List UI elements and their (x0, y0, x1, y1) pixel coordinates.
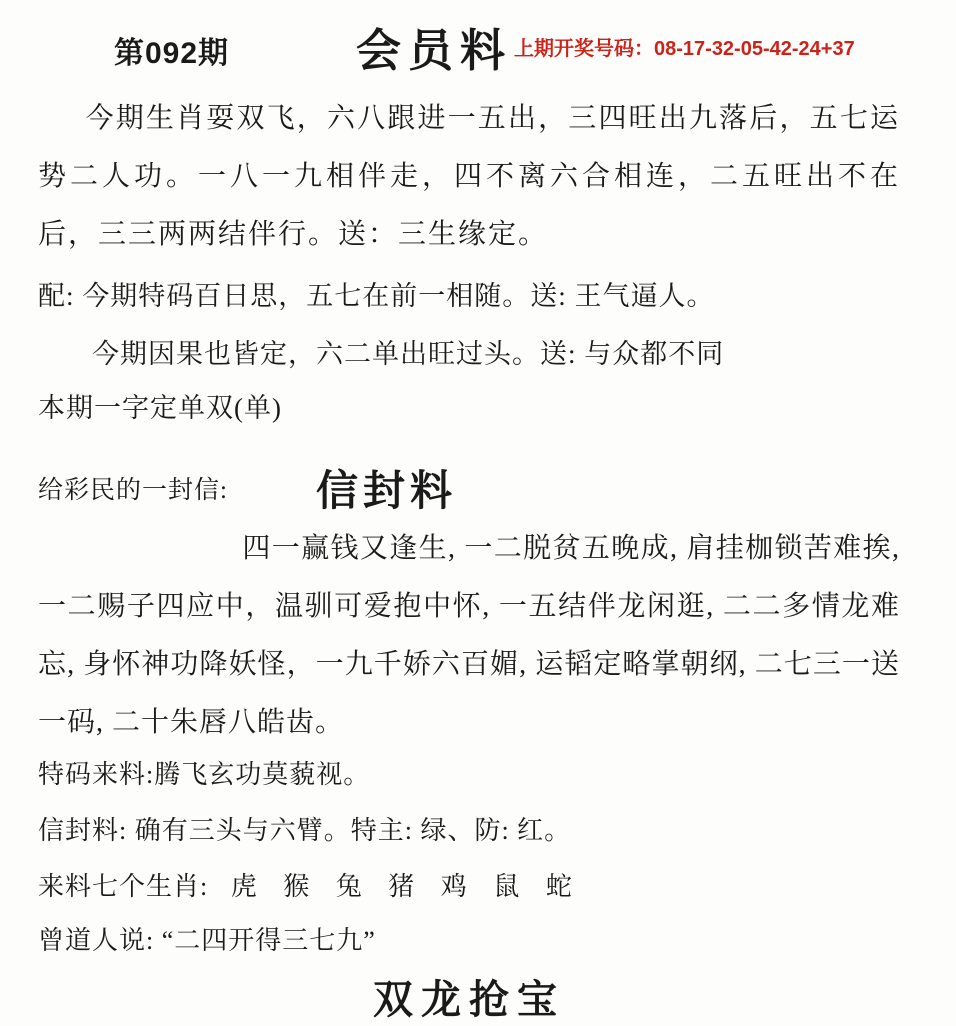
zodiac-animal-monkey: 猴 (283, 872, 311, 901)
last-draw-line: 上期开奖号码：08-17-32-05-42-24+37 (514, 32, 855, 61)
last-draw-numbers: 08-17-32-05-42-24+37 (654, 38, 855, 60)
footer-title: 双龙抢宝 (38, 968, 900, 1025)
page-title: 会员料 (356, 14, 512, 79)
zodiac-animal-snake: 蛇 (546, 872, 574, 901)
zodiac-animal-rooster: 鸡 (441, 872, 469, 901)
zodiac-animal-pig: 猪 (388, 872, 416, 901)
pei-line: 配: 今期特码百日思，五七在前一相随。送: 王气逼人。 (38, 274, 900, 318)
zodiac-animal-rat: 鼠 (493, 872, 521, 901)
zodiac-line: 来料七个生肖: 虎 猴 兔 猪 鸡 鼠 蛇 (38, 866, 900, 908)
envelope-title: 信封料 (316, 458, 457, 518)
header: 第092期 会员料 上期开奖号码：08-17-32-05-42-24+37 (38, 12, 900, 74)
envelope-detail-line: 信封料: 确有三头与六臂。特主: 绿、防: 红。 (38, 810, 900, 852)
envelope-verse-paragraph: 四一赢钱又逢生, 一二脱贫五晚成, 肩挂枷锁苦难挨, 一二赐子四应中，温驯可爱抱… (38, 520, 900, 752)
zodiac-animal-rabbit: 兔 (336, 872, 364, 901)
special-code-line: 特码来料:腾飞玄功莫藐视。 (38, 754, 900, 796)
envelope-header: 给彩民的一封信: 信封料 (38, 460, 900, 516)
envelope-intro-label: 给彩民的一封信: (38, 470, 228, 506)
member-verse-paragraph: 今期生肖耍双飞，六八跟进一五出，三四旺出九落后，五七运势二人功。一八一九相伴走，… (38, 90, 900, 264)
odd-even-line: 本期一字定单双(单) (38, 386, 900, 430)
issue-number: 第092期 (114, 28, 229, 72)
last-draw-label: 上期开奖号码： (514, 38, 654, 60)
zodiac-animal-tiger: 虎 (231, 872, 259, 901)
lottery-tip-sheet: 第092期 会员料 上期开奖号码：08-17-32-05-42-24+37 今期… (0, 0, 956, 1026)
zengdaoren-line: 曾道人说: “二四开得三七九” (38, 920, 900, 962)
karma-line: 今期因果也皆定，六二单出旺过头。送: 与众都不同 (38, 332, 900, 376)
zodiac-label: 来料七个生肖: (38, 872, 208, 901)
